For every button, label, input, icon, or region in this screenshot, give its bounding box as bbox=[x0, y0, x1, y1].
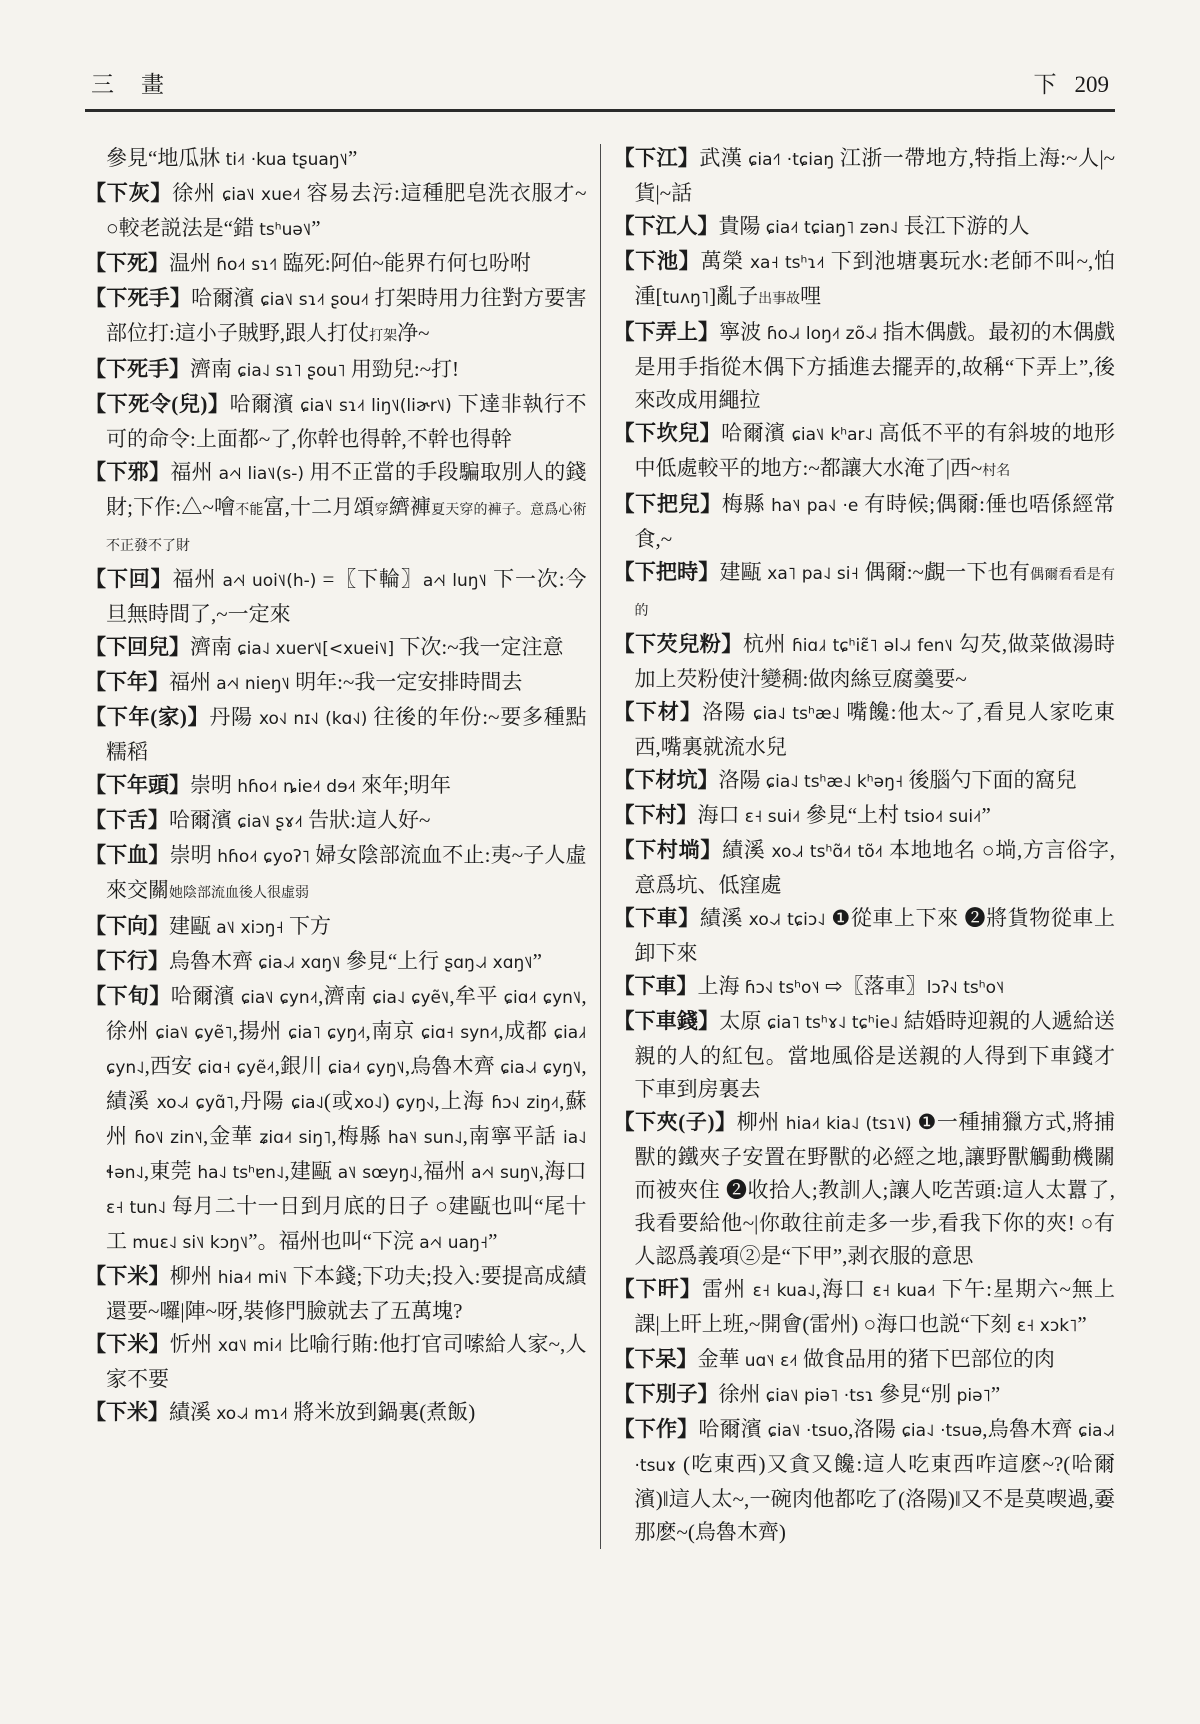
entry-headword: 【下作】 bbox=[614, 1417, 699, 1441]
entry-headword: 【下回兒】 bbox=[85, 635, 190, 659]
ipa-text: ɕiɑ˧ ɕyẽ˨˦ bbox=[198, 1058, 275, 1078]
entry-text: ,南京 bbox=[366, 1019, 421, 1043]
entry-text: 下方 bbox=[284, 914, 331, 938]
dict-entry: 【下死手】濟南 ɕia˨˩ sɿ˥ ʂou˥ 用勁兒:~打! bbox=[85, 353, 587, 388]
entry-text: ,海口 bbox=[539, 1159, 587, 1183]
entry-text: 建甌 bbox=[719, 560, 767, 584]
dict-entry: 【下村】海口 ɛ˧ sui˨˦ 參見“上村 tsio˨˦ sui˨˦” bbox=[614, 799, 1116, 834]
ipa-text: tsio˨˦ sui˨˦ bbox=[904, 807, 981, 827]
ipa-text: ɛ˧ tun˨˩ bbox=[106, 1198, 166, 1218]
ipa-text: ɕia˥ tsʰɤ˨˩ tɕʰie˨˩ bbox=[767, 1013, 898, 1033]
entry-text: ” bbox=[311, 216, 320, 240]
entry-headword: 【下把時】 bbox=[614, 560, 720, 584]
ipa-text: ɦɔ˧˩ tsʰo˥˨ bbox=[745, 978, 820, 998]
entry-headword: 【下村埫】 bbox=[614, 838, 723, 862]
ipa-text: ɕia˥˩ xue˨˦ bbox=[222, 185, 301, 205]
entry-text: 哈爾濱 bbox=[191, 286, 260, 310]
ipa-text: ɦo˨˦ sɿ˧˥ bbox=[216, 255, 277, 275]
ipa-text: ɕia˨˦ tɕiaŋ˥ zən˨˩ bbox=[766, 218, 899, 238]
dict-entry: 【下車】上海 ɦɔ˧˩ tsʰo˥˨ ⇨〖落車〗lɔʔ˧˩ tsʰo˥˨ bbox=[614, 970, 1116, 1005]
entry-headword: 【下年(家)】 bbox=[85, 705, 209, 729]
entry-text: 貴陽 bbox=[719, 214, 766, 238]
ipa-text: ɕia˨˩ ·tsuə bbox=[902, 1421, 983, 1441]
entry-headword: 【下江人】 bbox=[614, 214, 719, 238]
entry-headword: 【下弄上】 bbox=[614, 320, 720, 344]
entry-headword: 【下車】 bbox=[614, 906, 700, 930]
dict-entry: 【下江】武漢 ɕia˧˥ ·tɕiaŋ 江浙一帶地方,特指上海:~人|~貨|~話 bbox=[614, 142, 1116, 210]
ipa-text: ha˥˨ pa˧˩ ·e bbox=[771, 496, 858, 516]
dict-entry: 【下米】績溪 xo˨˩˧ mɿ˨˦ 將米放到鍋裏(煮飯) bbox=[85, 1396, 587, 1431]
dict-entry: 【下灰】徐州 ɕia˥˩ xue˨˦ 容易去污:這種肥皂洗衣服才~ ○較老説法是… bbox=[85, 177, 587, 247]
entry-headword: 【下旬】 bbox=[85, 984, 171, 1008]
ipa-text: a˨˦˨ lia˥˩(s-) bbox=[219, 464, 304, 484]
dict-entry: 【下舌】哈爾濱 ɕia˥˩ ʂɤ˨˦ 告狀:這人好~ bbox=[85, 804, 587, 839]
ipa-text: hia˨˦ mi˥˩ bbox=[218, 1268, 288, 1288]
entry-text: 明年:~我一定安排時間去 bbox=[290, 670, 522, 694]
dict-entry: 【下村埫】績溪 xo˨˩˧ tsʰɑ̃˨˦ tõ˨˦ 本地地名 ○埫,方言俗字,… bbox=[614, 834, 1116, 902]
entry-text: 偶爾:~覰一下也有 bbox=[859, 560, 1030, 584]
dict-entry: 【下車錢】太原 ɕia˥ tsʰɤ˨˩ tɕʰie˨˩ 結婚時迎親的人遞給送親的… bbox=[614, 1005, 1116, 1106]
ipa-text: ɦiɑ˩˧ tɕʰiɛ̃˥ əl˨˩˧ fen˥˩ bbox=[792, 636, 953, 656]
entry-text: ]亂子 bbox=[709, 284, 758, 308]
ipa-text: ɕia˥˩ ɕyẽ˥ bbox=[155, 1023, 232, 1043]
ipa-text: xo˨˩ bbox=[354, 1093, 382, 1113]
entry-text: ” bbox=[533, 949, 542, 973]
page-number: 209 bbox=[1075, 72, 1110, 97]
entry-headword: 【下別子】 bbox=[614, 1382, 719, 1406]
column-divider-rule bbox=[600, 144, 601, 1549]
entry-text: 哈爾濱 bbox=[230, 392, 301, 416]
entry-text: 臨死:阿伯~能界冇何乜吩咐 bbox=[277, 251, 530, 275]
entry-text: 柳州 bbox=[170, 1264, 218, 1288]
entry-text: 建甌 bbox=[169, 914, 216, 938]
gloss-small: 村名 bbox=[982, 464, 1010, 479]
ipa-text: xa˥ pa˨˩ si˧ bbox=[767, 564, 859, 584]
entry-headword: 【下米】 bbox=[85, 1264, 170, 1288]
entry-text: 金華 bbox=[698, 1347, 745, 1371]
ipa-text: ɕia˥˩ piə˥ ·tsɿ bbox=[766, 1386, 874, 1406]
dict-entry-continuation: 參見“地瓜牀 ti˨˦ ·kua tʂuaŋ˥˩” bbox=[85, 142, 587, 177]
entry-text: ,銀川 bbox=[275, 1054, 328, 1078]
ipa-text: muɛ˨˩ si˥˩ kɔŋ˥˩ bbox=[132, 1233, 248, 1253]
ipa-text: ʑiɑ˨˦ siŋ˥ bbox=[259, 1128, 331, 1148]
gloss-small: 出事故 bbox=[758, 292, 800, 307]
entry-headword: 【下向】 bbox=[85, 914, 169, 938]
ipa-text: ɕia˥˩ ·tsuo bbox=[768, 1421, 849, 1441]
entry-text: 崇明 bbox=[170, 843, 218, 867]
entry-text: ,西安 bbox=[145, 1054, 198, 1078]
entry-headword: 【下死手】 bbox=[85, 357, 190, 381]
gloss-small: 穿 bbox=[375, 503, 389, 518]
ipa-text: piə˥ bbox=[957, 1386, 991, 1406]
ipa-text: xo˨˩˧ ɕyɑ̃˥ bbox=[157, 1093, 234, 1113]
ipa-text: ɛ˧ xɔk˥ bbox=[1017, 1316, 1078, 1336]
ipa-text: ɕia˥ ɕyŋ˨˦ bbox=[288, 1023, 366, 1043]
entry-text: 哈爾濱 bbox=[721, 421, 791, 445]
ipa-text: xo˨˩˧ tsʰɑ̃˨˦ tõ˨˦ bbox=[771, 842, 883, 862]
entry-text: (吃東西)又貪又饞:這人吃東西咋這麽~?(哈爾濱)‖這人太~,一碗肉他都吃了(洛… bbox=[635, 1452, 1116, 1544]
entry-text: 洛陽 bbox=[702, 700, 753, 724]
dict-entry: 【下把時】建甌 xa˥ pa˨˩ si˧ 偶爾:~覰一下也有偶爾看看是有的 bbox=[614, 556, 1116, 628]
entry-text: ,洛陽 bbox=[848, 1417, 901, 1441]
entry-text: 做食品用的猪下巴部位的肉 bbox=[798, 1347, 1055, 1371]
ipa-text: ɛ˧ kua˨˦ bbox=[873, 1281, 936, 1301]
entry-headword: 【下把兒】 bbox=[614, 492, 722, 516]
entry-text: 參見“上村 bbox=[800, 803, 904, 827]
entry-text: ⇨〖落車〗 bbox=[820, 974, 927, 998]
entry-text: 哩 bbox=[800, 284, 821, 308]
ipa-text: xo˧˩ nɪ˧˩ (kɑ˧˩) bbox=[259, 709, 367, 729]
entry-text: 參見“別 bbox=[874, 1382, 957, 1406]
entry-headword: 【下夾(子)】 bbox=[614, 1110, 737, 1134]
dict-entry: 【下年】福州 a˨˦˨ nieŋ˥˩ 明年:~我一定安排時間去 bbox=[85, 666, 587, 701]
entry-text: 用勁兒:~打! bbox=[346, 357, 459, 381]
entry-text: 長江下游的人 bbox=[898, 214, 1029, 238]
entry-text: ,上海 bbox=[434, 1089, 491, 1113]
entry-text: 纃褲 bbox=[389, 495, 431, 519]
ipa-text: ɕia˥˩ sɿ˨˦ ʂou˨˦ bbox=[260, 290, 369, 310]
dict-entry: 【下夾(子)】柳州 hia˨˦ kia˨˩ (tsɿ˥˩) ❶一種捕獵方式,將捕… bbox=[614, 1106, 1116, 1273]
ipa-text: ɦo˥˩ zin˥˨ bbox=[134, 1128, 203, 1148]
dict-entry: 【下把兒】梅縣 ha˥˨ pa˧˩ ·e 有時候;偶爾:倕也唔係經常食,~ bbox=[614, 488, 1116, 556]
gloss-small: 打架 bbox=[369, 329, 397, 344]
entry-text: 崇明 bbox=[190, 773, 237, 797]
ipa-text: ʂɑŋ˨˩˧ xɑŋ˥˩ bbox=[444, 953, 532, 973]
entry-headword: 【下邪】 bbox=[85, 460, 170, 484]
ipa-text: ɕia˨˩ bbox=[291, 1093, 324, 1113]
entry-headword: 【下車】 bbox=[614, 974, 698, 998]
ipa-text: xɑ˥˩ mi˨˦ bbox=[218, 1336, 283, 1356]
dict-entry: 【下旰】雷州 ɛ˧ kua˨˩,海口 ɛ˧ kua˨˦ 下午:星期六~無上課|上… bbox=[614, 1273, 1116, 1343]
entry-text: ,丹陽 bbox=[234, 1089, 291, 1113]
entry-text: ,建甌 bbox=[284, 1159, 337, 1183]
entry-text: 寧波 bbox=[719, 320, 767, 344]
entry-headword: 【下車錢】 bbox=[614, 1009, 720, 1033]
entry-headword: 【下舌】 bbox=[85, 808, 169, 832]
ipa-text: ti˨˦ ·kua tʂuaŋ˥˩ bbox=[226, 150, 348, 170]
entry-headword: 【下回】 bbox=[85, 567, 173, 591]
entry-text: 績溪 bbox=[722, 838, 771, 862]
entry-headword: 【下年】 bbox=[85, 670, 169, 694]
entry-headword: 【下死令(兒)】 bbox=[85, 392, 230, 416]
ipa-text: tuʌŋ˥ bbox=[663, 288, 710, 308]
ipa-text: ɕia˨˩ xuer˥˩[<xuei˥˩] bbox=[237, 639, 394, 659]
ipa-text: uɑ˥˨ ɛ˨˦ bbox=[745, 1351, 798, 1371]
dict-entry: 【下年(家)】丹陽 xo˧˩ nɪ˧˩ (kɑ˧˩) 往後的年份:~要多種點糯稻 bbox=[85, 701, 587, 769]
entry-headword: 【下呆】 bbox=[614, 1347, 698, 1371]
dict-entry: 【下年頭】崇明 hɦo˨˦ ȵie˨˦ dɘ˨˦ 來年;明年 bbox=[85, 769, 587, 804]
ipa-text: xo˨˩˧ mɿ˨˦ bbox=[216, 1404, 288, 1424]
entry-text: 告狀:這人好~ bbox=[303, 808, 430, 832]
dict-entry: 【下別子】徐州 ɕia˥˩ piə˥ ·tsɿ 參見“別 piə˥” bbox=[614, 1378, 1116, 1413]
entry-headword: 【下芡兒粉】 bbox=[614, 632, 743, 656]
entry-text: 净~ bbox=[397, 321, 429, 345]
ipa-text: tsʰuə˥˩ bbox=[259, 220, 311, 240]
ipa-text: ɕyŋ˧˩ bbox=[396, 1093, 435, 1113]
ipa-text: ɕia˨˩˧ xɑŋ˥˩ bbox=[258, 953, 340, 973]
ipa-text: a˥˩ xiɔŋ˧ bbox=[216, 918, 284, 938]
ipa-text: ɕia˨˩ sɿ˥ ʂou˥ bbox=[237, 361, 345, 381]
ipa-text: lɔʔ˧˩ tsʰo˥˨ bbox=[927, 978, 1005, 998]
ipa-text: ɛ˧ sui˨˦ bbox=[745, 807, 801, 827]
dict-entry: 【下米】忻州 xɑ˥˩ mi˨˦ 比喻行賄:他打官司嗦給人家~,人家不要 bbox=[85, 1328, 587, 1396]
ipa-text: ɕia˧˥ ·tɕiaŋ bbox=[748, 150, 834, 170]
ipa-text: a˨˦˨ uoi˥˩(h-) bbox=[222, 571, 316, 591]
ipa-text: a˥˩ sœyŋ˨˩ bbox=[338, 1163, 418, 1183]
entry-headword: 【下米】 bbox=[85, 1400, 169, 1424]
entry-text: 丹陽 bbox=[209, 705, 259, 729]
ipa-text: a˨˦˨ luŋ˥˩ bbox=[423, 571, 487, 591]
entry-text: 杭州 bbox=[743, 632, 792, 656]
dict-entry: 【下回】福州 a˨˦˨ uoi˥˩(h-) =〖下輪〗a˨˦˨ luŋ˥˩ 下一… bbox=[85, 563, 587, 631]
ipa-text: a˨˦˨ uaŋ˧ bbox=[419, 1233, 488, 1253]
ipa-text: hɦo˨˦ ɕyoʔ˥ bbox=[217, 847, 310, 867]
section-character: 下 bbox=[1034, 72, 1057, 97]
ipa-text: a˨˦˨ suŋ˥˩ bbox=[471, 1163, 539, 1183]
entry-headword: 【下血】 bbox=[85, 843, 170, 867]
entry-headword: 【下坎兒】 bbox=[614, 421, 722, 445]
entry-text: ” bbox=[981, 803, 990, 827]
entry-text: ,成都 bbox=[498, 1019, 553, 1043]
ipa-text: hia˨˦ kia˨˩ (tsɿ˥˩) bbox=[786, 1114, 912, 1134]
ipa-text: ɦo˨˩˧ loŋ˨˦ zõ˨˩˧ bbox=[767, 324, 878, 344]
dictionary-page: 三 畫 下209 參見“地瓜牀 ti˨˦ ·kua tʂuaŋ˥˩”【下灰】徐州… bbox=[0, 0, 1200, 1724]
entry-text: ,梅縣 bbox=[331, 1124, 387, 1148]
entry-text: 温州 bbox=[169, 251, 216, 275]
entry-text: ” bbox=[348, 146, 357, 170]
entry-text: 濟南 bbox=[190, 357, 237, 381]
ipa-text: ɕia˥˩ ɕyn˨˦ bbox=[241, 988, 318, 1008]
dict-entry: 【下材】洛陽 ɕia˨˩ tsʰæ˨˩ 嘴饞:他太~了,看見人家吃東西,嘴裏就流… bbox=[614, 696, 1116, 764]
ipa-text: ha˨˩ tsʰɐn˨˩ bbox=[197, 1163, 284, 1183]
entry-headword: 【下村】 bbox=[614, 803, 698, 827]
gloss-small: 她陰部流血後人很虛弱 bbox=[169, 886, 309, 901]
ipa-text: ɛ˧ kua˨˩ bbox=[753, 1281, 816, 1301]
entry-text: ,東莞 bbox=[144, 1159, 197, 1183]
entry-text: ) bbox=[382, 1089, 395, 1113]
dict-entry: 【下血】崇明 hɦo˨˦ ɕyoʔ˥ 婦女陰部流血不止:夷~子人虛來交關她陰部流… bbox=[85, 839, 587, 910]
entry-headword: 【下江】 bbox=[614, 146, 700, 170]
dict-entry: 【下弄上】寧波 ɦo˨˩˧ loŋ˨˦ zõ˨˩˧ 指木偶戲。最初的木偶戲是用手… bbox=[614, 316, 1116, 417]
entry-text: 績溪 bbox=[169, 1400, 216, 1424]
right-column: 【下江】武漢 ɕia˧˥ ·tɕiaŋ 江浙一帶地方,特指上海:~人|~貨|~話… bbox=[614, 142, 1116, 1549]
dict-entry: 【下回兒】濟南 ɕia˨˩ xuer˥˩[<xuei˥˩] 下次:~我一定注意 bbox=[85, 631, 587, 666]
dict-entry: 【下池】萬榮 xa˧ tsʰɿ˨˦ 下到池塘裏玩水:老師不叫~,怕湩[tuʌŋ˥… bbox=[614, 245, 1116, 316]
entry-text: ,揚州 bbox=[233, 1019, 288, 1043]
entry-text: (或 bbox=[324, 1089, 354, 1113]
entry-text: 來年;明年 bbox=[356, 773, 451, 797]
entry-text: ,牟平 bbox=[449, 984, 503, 1008]
entry-text: 福州 bbox=[170, 460, 218, 484]
ipa-text: a˨˦˨ nieŋ˥˩ bbox=[216, 674, 290, 694]
ipa-text: xo˨˩˧ tɕiɔ˨˩ bbox=[749, 910, 826, 930]
entry-text: 福州 bbox=[169, 670, 216, 694]
entry-text: ”。福州也叫“下浣 bbox=[248, 1229, 419, 1253]
entry-text: ,濟南 bbox=[318, 984, 372, 1008]
entry-text: 烏魯木齊 bbox=[169, 949, 258, 973]
entry-text: 下次:~我一定注意 bbox=[394, 635, 563, 659]
ipa-text: ha˥˨ sun˨˩ bbox=[388, 1128, 463, 1148]
entry-text: ” bbox=[488, 1229, 497, 1253]
dict-entry: 【下車】績溪 xo˨˩˧ tɕiɔ˨˩ ❶從車上下來 ❷將貨物從車上卸下來 bbox=[614, 902, 1116, 970]
entry-text: 徐州 bbox=[719, 1382, 766, 1406]
entry-text: 哈爾濱 bbox=[698, 1417, 767, 1441]
entry-text: ” bbox=[1077, 1312, 1086, 1336]
entry-headword: 【下死手】 bbox=[85, 286, 191, 310]
ipa-text: hɦo˨˦ ȵie˨˦ dɘ˨˦ bbox=[237, 777, 356, 797]
entry-text: =〖下輪〗 bbox=[316, 567, 422, 591]
entry-text: 武漢 bbox=[699, 146, 748, 170]
dict-entry: 【下作】哈爾濱 ɕia˥˩ ·tsuo,洛陽 ɕia˨˩ ·tsuə,烏魯木齊 … bbox=[614, 1413, 1116, 1549]
ipa-text: ɕia˨˩ tsʰæ˨˩ kʰəŋ˧ bbox=[766, 772, 904, 792]
ipa-text: ɕia˨˦ ɕyŋ˥˩ bbox=[328, 1058, 405, 1078]
ipa-text: xa˧ tsʰɿ˨˦ bbox=[750, 253, 825, 273]
gloss-small: 不能 bbox=[235, 503, 263, 518]
page-header: 三 畫 下209 bbox=[85, 66, 1115, 112]
entry-text: 上海 bbox=[698, 974, 745, 998]
dict-entry: 【下材坑】洛陽 ɕia˨˩ tsʰæ˨˩ kʰəŋ˧ 後腦勺下面的窩兒 bbox=[614, 764, 1116, 799]
dict-entry: 【下死令(兒)】哈爾濱 ɕia˥˩ sɿ˨˦ liŋ˥˩(liɚr˥˩) 下達非… bbox=[85, 388, 587, 456]
entry-headword: 【下行】 bbox=[85, 949, 169, 973]
dict-entry: 【下行】烏魯木齊 ɕia˨˩˧ xɑŋ˥˩ 參見“上行 ʂɑŋ˨˩˧ xɑŋ˥˩… bbox=[85, 945, 587, 980]
entry-text: ,福州 bbox=[418, 1159, 471, 1183]
entry-text: 雷州 bbox=[702, 1277, 753, 1301]
dict-entry: 【下旬】哈爾濱 ɕia˥˩ ɕyn˨˦,濟南 ɕia˨˩ ɕyẽ˥˩,牟平 ɕi… bbox=[85, 980, 587, 1260]
dict-entry: 【下米】柳州 hia˨˦ mi˥˩ 下本錢;下功夫;投入:要提高成績還要~囉|陣… bbox=[85, 1260, 587, 1328]
entry-text: ,南寧平話 bbox=[463, 1124, 563, 1148]
ipa-text: ɕia˨˩ tsʰæ˨˩ bbox=[753, 704, 840, 724]
entry-text: 參見“地瓜牀 bbox=[106, 146, 226, 170]
stroke-section-label: 三 畫 bbox=[91, 66, 166, 99]
entry-headword: 【下旰】 bbox=[614, 1277, 702, 1301]
entry-text: 將米放到鍋裏(煮飯) bbox=[288, 1400, 475, 1424]
entry-text: 哈爾濱 bbox=[169, 808, 237, 832]
ipa-text: ɕiɑ˨˦ ɕyn˥˩ bbox=[504, 988, 582, 1008]
entry-text: 濟南 bbox=[190, 635, 237, 659]
entry-text: 績溪 bbox=[700, 906, 749, 930]
dict-entry: 【下坎兒】哈爾濱 ɕia˥˩ kʰar˨˩ 高低不平的有斜坡的地形中低處較平的地… bbox=[614, 417, 1116, 488]
entry-headword: 【下材】 bbox=[614, 700, 703, 724]
ipa-text: ɕiɑ˧ syn˨˦ bbox=[421, 1023, 498, 1043]
dict-entry: 【下江人】貴陽 ɕia˨˦ tɕiaŋ˥ zən˨˩ 長江下游的人 bbox=[614, 210, 1116, 245]
entry-text: 徐州 bbox=[172, 181, 222, 205]
entry-text: 太原 bbox=[719, 1009, 767, 1033]
ipa-text: ɕia˨˩˧ ɕyŋ˥˩ bbox=[500, 1058, 581, 1078]
entry-text: ,金華 bbox=[203, 1124, 259, 1148]
entry-headword: 【下年頭】 bbox=[85, 773, 190, 797]
entry-text: 參見“上行 bbox=[341, 949, 445, 973]
entry-text: 福州 bbox=[173, 567, 223, 591]
entry-headword: 【下米】 bbox=[85, 1332, 170, 1356]
dict-entry: 【下呆】金華 uɑ˥˨ ɛ˨˦ 做食品用的猪下巴部位的肉 bbox=[614, 1343, 1116, 1378]
entry-text: 洛陽 bbox=[719, 768, 766, 792]
ipa-text: ɦɔ˧˩ ziŋ˨˦ bbox=[491, 1093, 559, 1113]
ipa-text: ɕia˥˩ kʰar˨˩ bbox=[792, 425, 873, 445]
dict-entry: 【下向】建甌 a˥˩ xiɔŋ˧ 下方 bbox=[85, 910, 587, 945]
entry-text: 柳州 bbox=[737, 1110, 786, 1134]
entry-text: ,烏魯木齊 bbox=[982, 1417, 1078, 1441]
entry-text: 哈爾濱 bbox=[171, 984, 241, 1008]
left-column: 參見“地瓜牀 ti˨˦ ·kua tʂuaŋ˥˩”【下灰】徐州 ɕia˥˩ xu… bbox=[85, 142, 587, 1549]
dict-entry: 【下死手】哈爾濱 ɕia˥˩ sɿ˨˦ ʂou˨˦ 打架時用力往對方要害部位打:… bbox=[85, 282, 587, 353]
entry-text: 忻州 bbox=[170, 1332, 218, 1356]
entry-text: ” bbox=[991, 1382, 1000, 1406]
running-head: 下209 bbox=[1034, 66, 1110, 99]
entry-headword: 【下死】 bbox=[85, 251, 169, 275]
ipa-text: ɕia˥˩ ʂɤ˨˦ bbox=[237, 812, 303, 832]
entry-text: 後腦勺下面的窩兒 bbox=[903, 768, 1076, 792]
ipa-text: ɕia˨˩ ɕyẽ˥˩ bbox=[372, 988, 449, 1008]
entry-text: 梅縣 bbox=[722, 492, 771, 516]
entry-headword: 【下灰】 bbox=[85, 181, 172, 205]
entry-headword: 【下材坑】 bbox=[614, 768, 719, 792]
entry-text: ,烏魯木齊 bbox=[405, 1054, 500, 1078]
entry-text: 富,十二月頌 bbox=[264, 495, 375, 519]
entry-text: ,海口 bbox=[816, 1277, 873, 1301]
dict-entry: 【下死】温州 ɦo˨˦ sɿ˧˥ 臨死:阿伯~能界冇何乜吩咐 bbox=[85, 247, 587, 282]
dict-entry: 【下芡兒粉】杭州 ɦiɑ˩˧ tɕʰiɛ̃˥ əl˨˩˧ fen˥˩ 勾芡,做菜… bbox=[614, 628, 1116, 696]
ipa-text: ɕia˥˩ sɿ˨˦ liŋ˥˩(liɚr˥˩) bbox=[300, 396, 452, 416]
entry-headword: 【下池】 bbox=[614, 249, 701, 273]
entry-text: 海口 bbox=[698, 803, 745, 827]
entry-text: 萬榮 bbox=[701, 249, 751, 273]
text-columns: 參見“地瓜牀 ti˨˦ ·kua tʂuaŋ˥˩”【下灰】徐州 ɕia˥˩ xu… bbox=[85, 142, 1115, 1549]
dict-entry: 【下邪】福州 a˨˦˨ lia˥˩(s-) 用不正當的手段騙取別人的錢財;下作:… bbox=[85, 456, 587, 563]
